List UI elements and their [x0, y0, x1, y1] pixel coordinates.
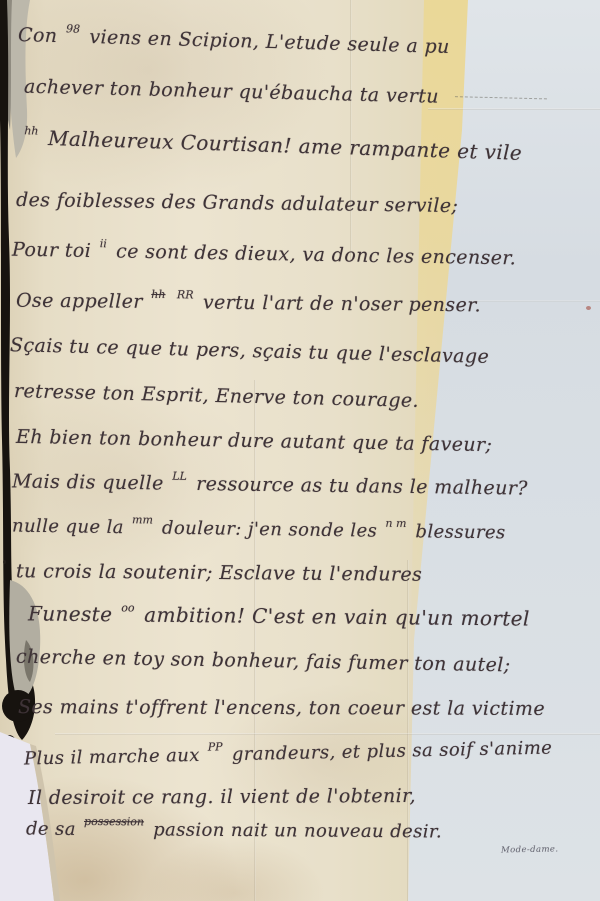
verse-text: Con	[18, 24, 58, 47]
verse-text: Ose appeller	[16, 290, 143, 313]
manuscript-line-9: Eh bien ton bonheur dure autant que ta f…	[16, 426, 493, 456]
manuscript-line-6: Ose appeller hh RR vertu l'art de n'oser…	[16, 290, 481, 317]
faint-inscription: Mode-dame.	[501, 844, 559, 855]
manuscript-line-14: cherche en toy son bonheur, fais fumer t…	[16, 646, 511, 677]
manuscript-line-18: de sa possession passion nait un nouveau…	[26, 819, 442, 843]
superscript-correction: hh	[151, 288, 165, 301]
verse-text: grandeurs, et plus sa soif s'anime	[232, 737, 553, 765]
verse-text: Mais dis quelle	[12, 470, 164, 494]
manuscript-line-10: Mais dis quelle LL ressource as tu dans …	[12, 470, 528, 499]
verse-text: ambition! C'est en vain qu'un mortel	[144, 603, 530, 631]
verse-text: ressource as tu dans le malheur?	[196, 473, 528, 500]
superscript-correction: 98	[66, 22, 80, 35]
verse-text: Eh bien ton bonheur dure autant que ta f…	[16, 426, 493, 456]
manuscript-line-12: tu crois la soutenir; Esclave tu l'endur…	[16, 560, 422, 586]
verse-text: douleur: j'en sonde les	[162, 518, 378, 542]
pencil-dash-line	[455, 96, 547, 99]
superscript-correction: possession	[84, 815, 144, 828]
red-ink-spot	[586, 306, 591, 310]
verse-text: ce sont des dieux, va donc les encenser.	[116, 240, 516, 269]
superscript-correction: PP	[208, 740, 223, 753]
manuscript-line-15: Ses mains t'offrent l'encens, ton coeur …	[18, 696, 545, 720]
manuscript-line-5: Pour toi ii ce sont des dieux, va donc l…	[12, 239, 517, 270]
verse-text: tu crois la soutenir; Esclave tu l'endur…	[16, 560, 422, 586]
manuscript-line-13: Funeste oo ambition! C'est en vain qu'un…	[28, 601, 530, 630]
ink-speck	[3, 560, 6, 564]
verse-text: Malheureux Courtisan! ame rampante et vi…	[48, 126, 523, 165]
verse-text: retresse ton Esprit, Enerve ton courage.	[14, 380, 419, 412]
verse-text: Pour toi	[12, 239, 92, 262]
superscript-correction: LL	[172, 470, 187, 483]
manuscript-line-11: nulle que la mm douleur: j'en sonde les …	[12, 516, 506, 544]
manuscript-line-7: Sçais tu ce que tu pers, sçais tu que l'…	[10, 334, 490, 368]
verse-text: Il desiroit ce rang. il vient de l'obten…	[28, 785, 416, 809]
verse-text: vertu l'art de n'oser penser.	[203, 292, 481, 317]
verse-text: cherche en toy son bonheur, fais fumer t…	[16, 646, 511, 677]
verse-text: nulle que la	[12, 516, 124, 539]
verse-text: de sa	[26, 819, 76, 840]
verse-text: viens en Scipion, L'etude seule a pu	[89, 26, 450, 58]
superscript-correction: ii	[100, 237, 107, 250]
verse-text: passion nait un nouveau desir.	[153, 819, 442, 842]
verse-text: des foiblesses des Grands adulateur serv…	[16, 189, 459, 217]
manuscript-line-4: des foiblesses des Grands adulateur serv…	[16, 189, 459, 217]
superscript-correction: hh	[24, 124, 39, 137]
verse-text: Plus il marche aux	[24, 745, 200, 770]
verse-text: Funeste	[28, 601, 113, 626]
manuscript-line-17: Il desiroit ce rang. il vient de l'obten…	[28, 785, 416, 809]
manuscript-photo: Con 98 viens en Scipion, L'etude seule a…	[0, 0, 600, 901]
manuscript-line-3: hh Malheureux Courtisan! ame rampante et…	[22, 125, 523, 165]
manuscript-line-8: retresse ton Esprit, Enerve ton courage.	[14, 380, 419, 412]
verse-text: Ses mains t'offrent l'encens, ton coeur …	[18, 696, 545, 720]
manuscript-text: Con 98 viens en Scipion, L'etude seule a…	[0, 0, 600, 901]
verse-text: Sçais tu ce que tu pers, sçais tu que l'…	[10, 334, 490, 368]
manuscript-line-2: achever ton bonheur qu'ébaucha ta vertu	[24, 76, 548, 111]
verse-text: achever ton bonheur qu'ébaucha ta vertu	[24, 76, 439, 108]
manuscript-line-16: Plus il marche aux PP grandeurs, et plus…	[24, 737, 553, 769]
superscript-correction: mm	[132, 513, 153, 526]
manuscript-line-1: Con 98 viens en Scipion, L'etude seule a…	[18, 24, 450, 58]
superscript-correction: oo	[121, 601, 134, 614]
superscript-correction: RR	[177, 288, 194, 301]
verse-text: blessures	[415, 521, 505, 543]
superscript-correction: n m	[385, 517, 406, 530]
